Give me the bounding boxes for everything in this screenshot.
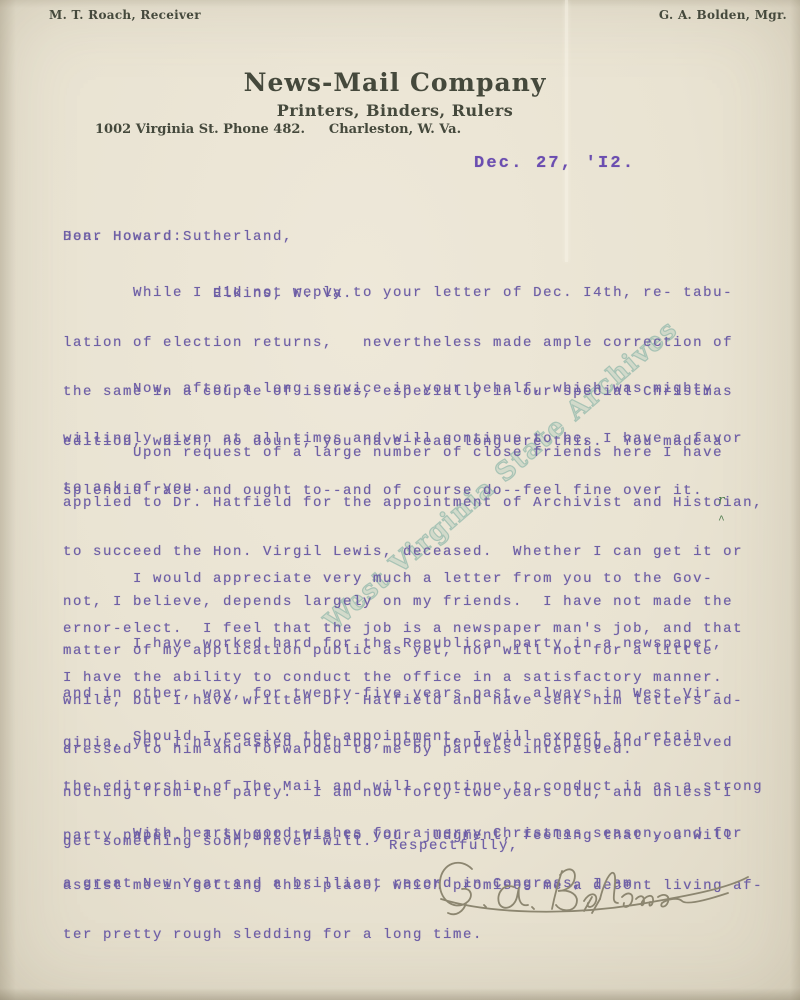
closing: Respectfully, [389, 838, 519, 855]
date-stamp: Dec. 27, 'I2. [474, 154, 635, 174]
signature-stroke [498, 886, 534, 909]
typed-line-suffix: ian, [723, 495, 763, 511]
paper-edge-shadow-right [790, 0, 800, 1000]
paper-edge-shadow-left [0, 0, 16, 1000]
letterhead-left-officer: M. T. Roach, Receiver [49, 8, 201, 22]
company-name: News-Mail Company [0, 68, 790, 97]
typed-line: I have worked hard for the Republican pa… [63, 636, 733, 653]
signature-stroke [552, 869, 577, 910]
letterhead-right-officer: G. A. Bolden, Mgr. [659, 8, 787, 22]
typed-line: Upon request of a large number of close … [63, 445, 763, 462]
typed-line-with-correction: applied to Dr. Hatfield for the appointm… [63, 495, 763, 512]
company-address: 1002 Virginia St. Phone 482. [95, 122, 305, 137]
inserted-letter: r [718, 493, 724, 510]
typed-line: While I did not reply to your letter of … [63, 285, 733, 302]
insertion-caret: ^ [718, 513, 725, 530]
typed-line: I would appreciate very much a letter fr… [63, 571, 743, 588]
paper-edge-shadow-bottom [0, 988, 800, 1000]
typed-line: Now, after a long service in your behalf… [63, 381, 743, 398]
typed-line: Should I receive the appointment, I will… [63, 729, 763, 746]
paper-edge-shadow-top [0, 0, 800, 8]
typed-line-prefix: applied to Dr. Hatfield for the appointm… [63, 495, 723, 511]
salutation: Dear Howard: [63, 229, 183, 246]
scanned-letter-page: West Virginia State Archives M. T. Roach… [0, 0, 800, 1000]
signature-g-a-bolden [426, 855, 766, 943]
company-tagline: Printers, Binders, Rulers [0, 101, 790, 120]
